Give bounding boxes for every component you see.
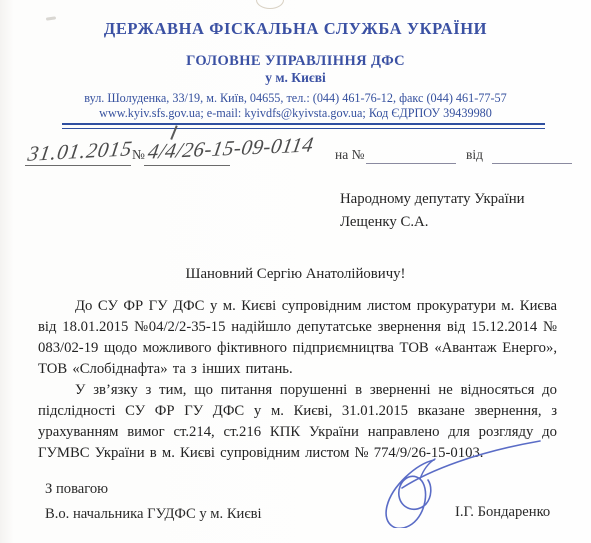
recipient-line1: Народному депутату України xyxy=(340,188,525,211)
signer-title: В.о. начальника ГУДФС у м. Києві xyxy=(45,506,262,523)
reply-to-label: на № xyxy=(335,147,364,163)
salutation: Шановний Сергію Анатолійовичу! xyxy=(0,266,591,283)
emblem-remnant-arc xyxy=(256,0,284,9)
address-line: вул. Шолуденка, 33/19, м. Київ, 04655, т… xyxy=(0,91,591,106)
reply-to-blank-field xyxy=(366,162,456,164)
date-underline xyxy=(25,164,131,166)
letterhead-divider xyxy=(62,123,545,129)
department-location: у м. Києві xyxy=(0,70,591,86)
number-underline xyxy=(144,164,230,166)
number-label: № xyxy=(132,147,145,163)
closing-phrase: З повагою xyxy=(45,481,108,498)
body-paragraph-1: До СУ ФР ГУ ДФС у м. Києві супровідним л… xyxy=(38,296,557,380)
letter-page: ДЕРЖАВНА ФІСКАЛЬНА СЛУЖБА УКРАЇНИ ГОЛОВН… xyxy=(0,0,591,543)
signature-ink xyxy=(372,436,552,528)
department-name: ГОЛОВНЕ УПРАВЛІННЯ ДФС xyxy=(0,53,591,70)
recipient-line2: Лещенку С.А. xyxy=(340,211,525,234)
from-blank-field xyxy=(492,162,572,164)
handwritten-date: 31.01.2015 xyxy=(26,136,134,167)
contacts-line: www.kyiv.sfs.gov.ua; e-mail: kyivdfs@kyi… xyxy=(0,106,591,121)
recipient-block: Народному депутату України Лещенку С.А. xyxy=(340,188,525,234)
org-name: ДЕРЖАВНА ФІСКАЛЬНА СЛУЖБА УКРАЇНИ xyxy=(0,19,591,39)
from-label: від xyxy=(466,147,483,163)
